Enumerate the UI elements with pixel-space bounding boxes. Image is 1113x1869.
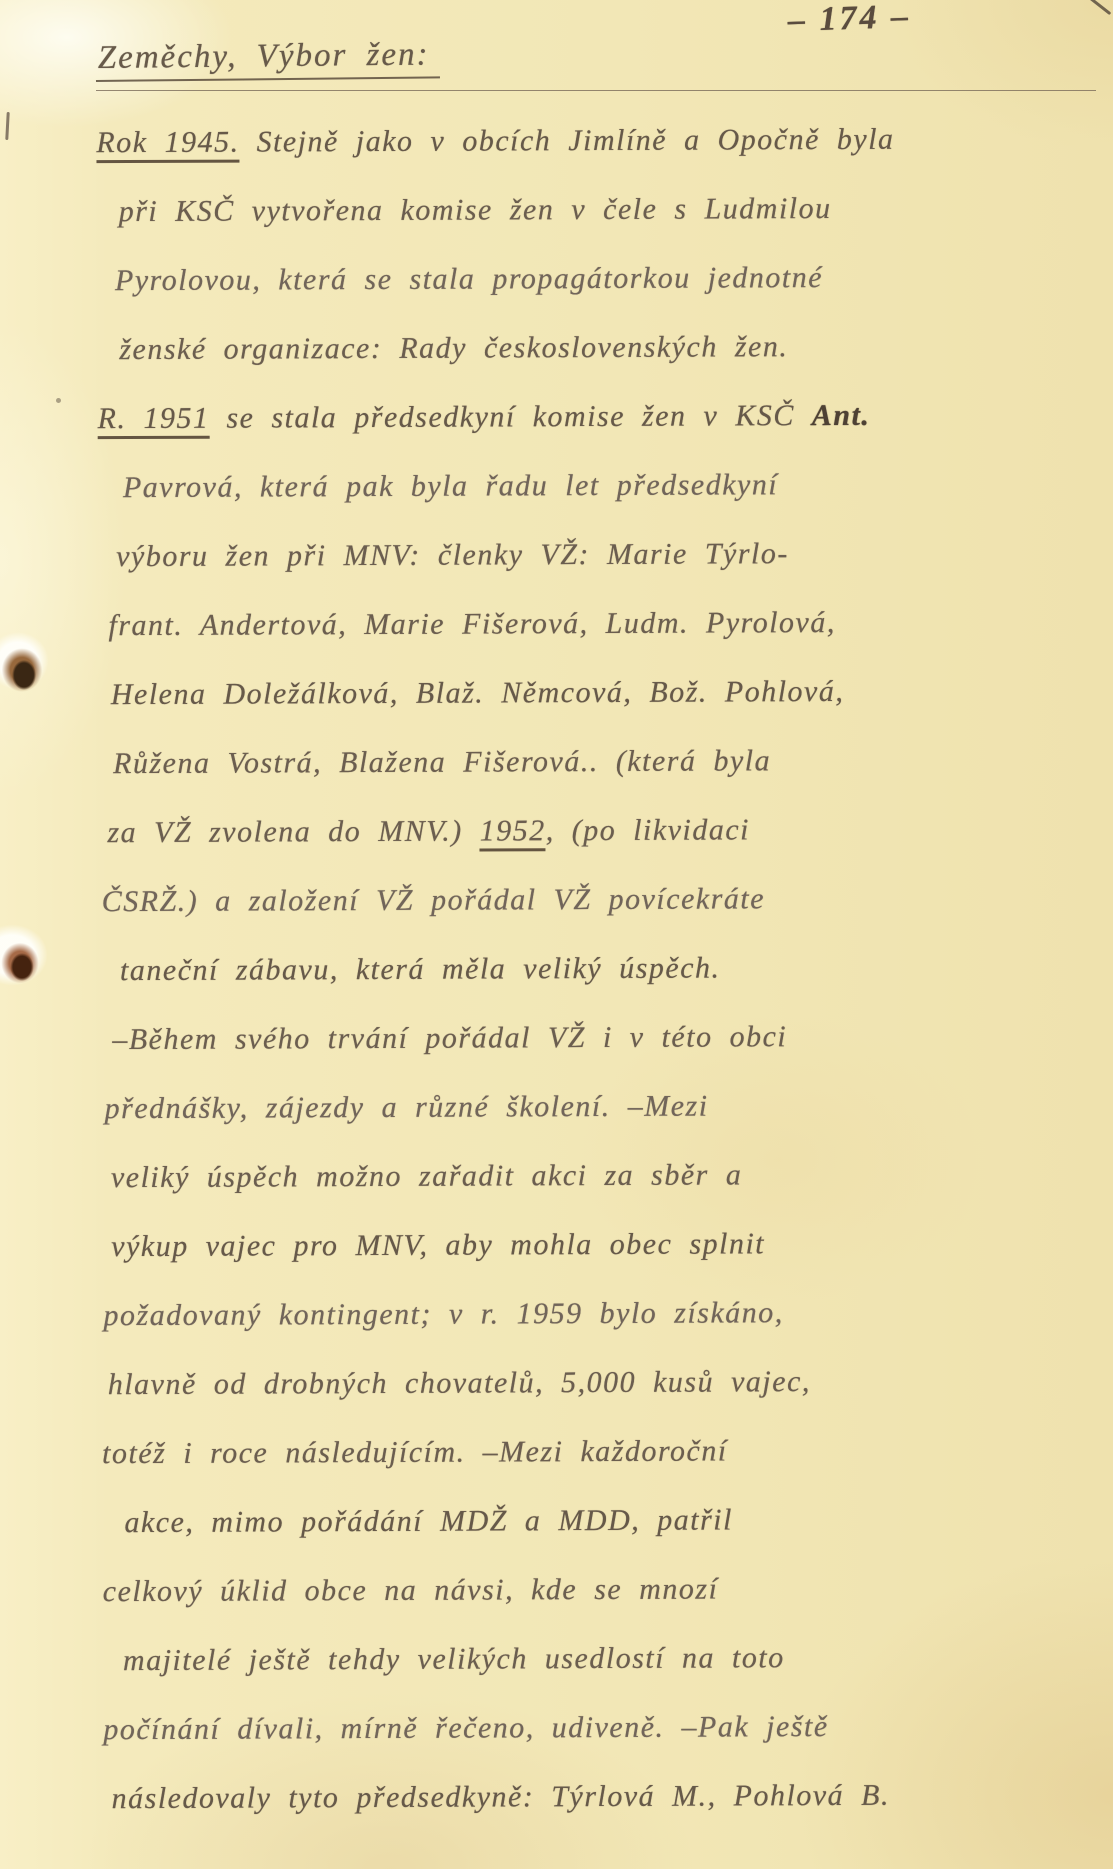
handwritten-line: Pyrolovou, která se stala propagátorkou …: [97, 242, 1096, 315]
handwritten-line: taneční zábavu, která měla veliký úspěch…: [100, 932, 1099, 1005]
handwritten-line: hlavně od drobných chovatelů, 5,000 kusů…: [102, 1346, 1101, 1419]
text-segment: Růžena Vostrá, Blažena Fišerová.. (která…: [113, 744, 771, 780]
text-segment: veliký úspěch možno zařadit akci za sběr…: [111, 1158, 743, 1194]
section-heading-rule: Zeměchy, Výbor žen:: [96, 40, 1096, 91]
corner-ink-stroke: [1083, 0, 1112, 15]
text-segment: Helena Doležálková, Blaž. Němcová, Bož. …: [111, 675, 845, 711]
handwritten-line: požadovaný kontingent; v r. 1959 bylo zí…: [101, 1277, 1100, 1350]
handwritten-line: totéž i roce následujícím. –Mezi každoro…: [102, 1415, 1101, 1488]
text-segment: následovaly tyto předsedkyně: Týrlová M.…: [112, 1779, 890, 1815]
handwritten-line: veliký úspěch možno zařadit akci za sběr…: [101, 1139, 1100, 1212]
handwritten-line: za VŽ zvolena do MNV.) 1952, (po likvida…: [99, 794, 1098, 867]
chronicle-page: – 174 – Zeměchy, Výbor žen: Rok 1945. St…: [0, 0, 1113, 1869]
text-segment: ČSRŽ.) a založení VŽ pořádal VŽ povícekr…: [102, 882, 765, 918]
handwritten-line: výkup vajec pro MNV, aby mohla obec spln…: [101, 1208, 1100, 1281]
handwritten-line: při KSČ vytvořena komise žen v čele s Lu…: [97, 173, 1096, 246]
handwritten-line: následovaly tyto předsedkyně: Týrlová M.…: [103, 1760, 1102, 1833]
underlined-text: Rok 1945.: [96, 126, 239, 164]
handwritten-line: ženské organizace: Rady československých…: [97, 311, 1096, 384]
text-segment: taneční zábavu, která měla veliký úspěch…: [120, 951, 721, 987]
punch-hole-top: [0, 615, 100, 720]
handwritten-line: R. 1951 se stala předsedkyní komise žen …: [97, 380, 1096, 453]
section-heading: Zeměchy, Výbor žen:: [96, 36, 440, 82]
text-segment: frant. Andertová, Marie Fišerová, Ludm. …: [108, 606, 835, 642]
handwritten-line: počínání dívali, mírně řečeno, udiveně. …: [103, 1691, 1102, 1764]
text-segment: výboru žen při MNV: členky VŽ: Marie Týr…: [116, 537, 789, 573]
handwritten-line: frant. Andertová, Marie Fišerová, Ludm. …: [98, 587, 1097, 660]
text-segment: výkup vajec pro MNV, aby mohla obec spln…: [111, 1227, 765, 1263]
emphasized-text: Ant.: [812, 399, 871, 432]
handwritten-line: Pavrová, která pak byla řadu let předsed…: [98, 449, 1097, 522]
text-segment: Pyrolovou, která se stala propagátorkou …: [115, 261, 823, 297]
text-segment: Pavrová, která pak byla řadu let předsed…: [123, 468, 778, 504]
handwritten-line: Helena Doležálková, Blaž. Němcová, Bož. …: [99, 656, 1098, 729]
text-segment: hlavně od drobných chovatelů, 5,000 kusů…: [108, 1365, 811, 1401]
punch-hole-bottom: [0, 905, 102, 1015]
handwritten-line: akce, mimo pořádání MDŽ a MDD, patřil: [102, 1484, 1101, 1557]
margin-ink-dot: [56, 398, 61, 403]
handwritten-line: Rok 1945. Stejně jako v obcích Jimlíně a…: [96, 104, 1095, 177]
text-segment: počínání dívali, mírně řečeno, udiveně. …: [103, 1710, 828, 1746]
text-segment: totéž i roce následujícím. –Mezi každoro…: [102, 1434, 728, 1470]
text-segment: ženské organizace: Rady československých…: [119, 330, 788, 366]
page-number: – 174 –: [787, 0, 911, 40]
text-segment: majitelé ještě tehdy velikých usedlostí …: [123, 1641, 785, 1677]
text-segment: požadovaný kontingent; v r. 1959 bylo zí…: [103, 1296, 783, 1332]
handwritten-line: přednášky, zájezdy a různé školení. –Mez…: [100, 1070, 1099, 1143]
text-segment: se stala předsedkyní komise žen v KSČ: [209, 399, 812, 435]
underlined-text: R. 1951: [98, 402, 210, 439]
handwritten-line: výboru žen při MNV: členky VŽ: Marie Týr…: [98, 518, 1097, 591]
text-segment: přednášky, zájezdy a různé školení. –Mez…: [105, 1090, 709, 1126]
handwritten-line: ČSRŽ.) a založení VŽ pořádal VŽ povícekr…: [100, 863, 1099, 936]
text-segment: Stejně jako v obcích Jimlíně a Opočně by…: [239, 123, 894, 159]
handwritten-line: –Během svého trvání pořádal VŽ i v této …: [100, 1001, 1099, 1074]
text-segment: , (po likvidaci: [546, 813, 750, 847]
text-segment: celkový úklid obce na návsi, kde se mnoz…: [103, 1572, 719, 1608]
handwritten-text-block: Rok 1945. Stejně jako v obcích Jimlíně a…: [96, 104, 1103, 1833]
handwritten-line: celkový úklid obce na návsi, kde se mnoz…: [103, 1553, 1102, 1626]
margin-ink-tick: [5, 112, 9, 140]
handwritten-line: Růžena Vostrá, Blažena Fišerová.. (která…: [99, 725, 1098, 798]
handwritten-line: majitelé ještě tehdy velikých usedlostí …: [103, 1622, 1102, 1695]
text-segment: –Během svého trvání pořádal VŽ i v této …: [112, 1020, 787, 1056]
text-segment: za VŽ zvolena do MNV.): [107, 815, 479, 850]
text-segment: při KSČ vytvořena komise žen v čele s Lu…: [119, 192, 832, 228]
text-segment: akce, mimo pořádání MDŽ a MDD, patřil: [124, 1503, 733, 1539]
underlined-text: 1952: [480, 814, 546, 851]
